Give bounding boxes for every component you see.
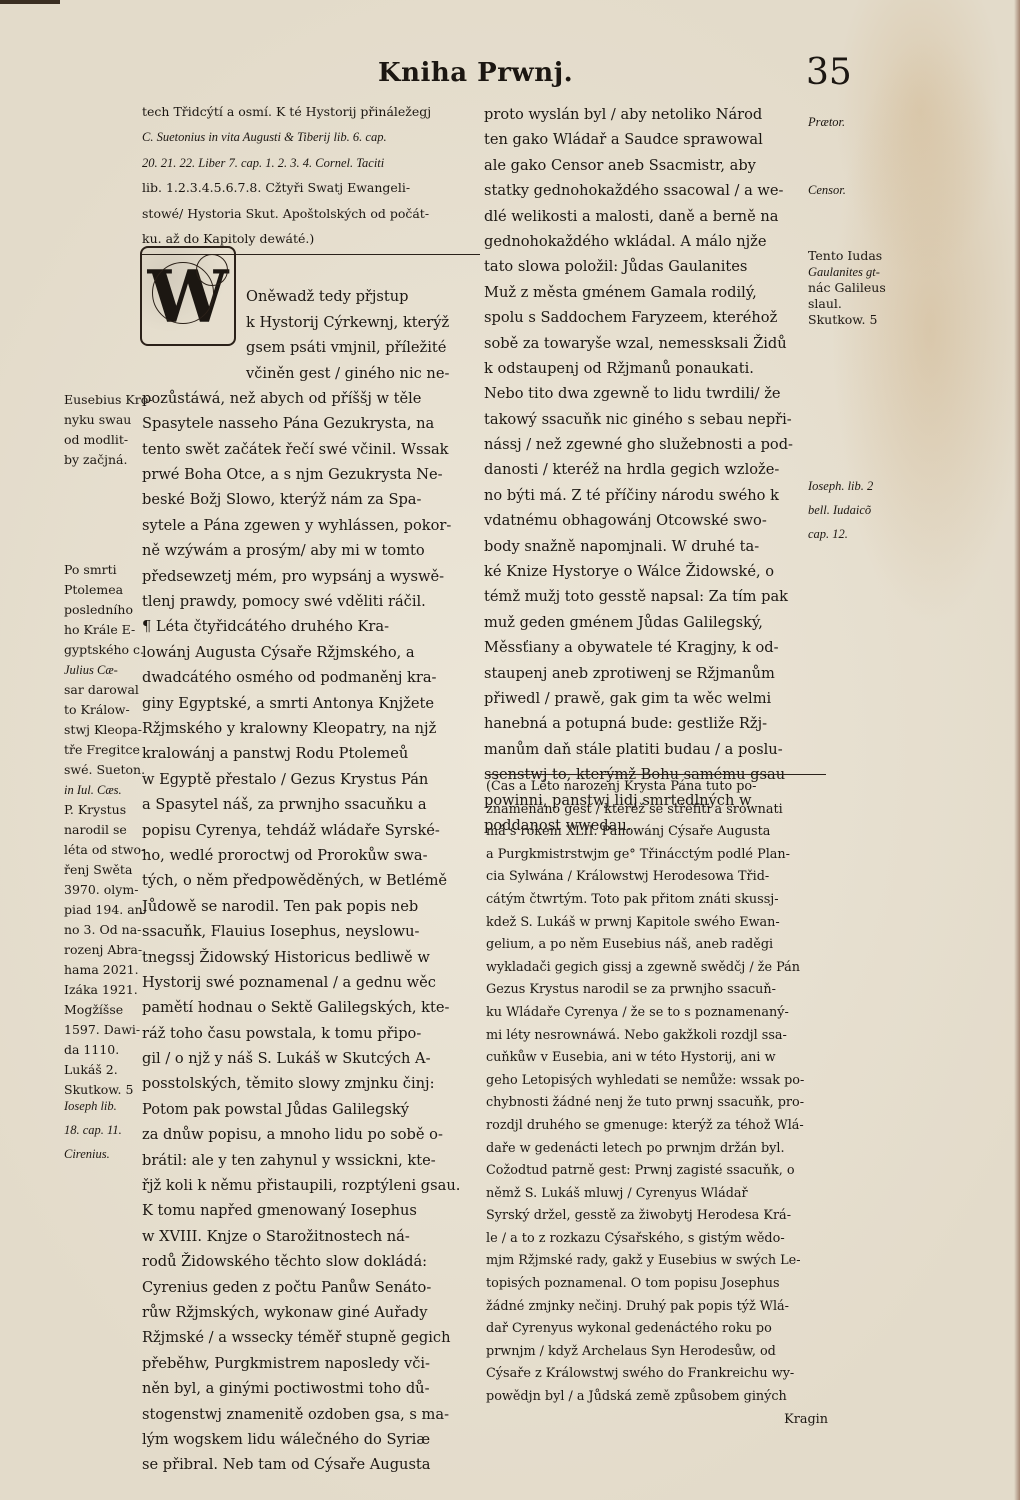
note-line: prwnjm / když Archelaus Syn Herodesůw, o… — [486, 1341, 828, 1364]
intro-line: tech Třidcýtí a osmí. K té Hystorij přin… — [142, 102, 482, 127]
body-line: gil / o njž y náš S. Lukáš w Skutcých A- — [142, 1046, 482, 1071]
body-line: Nebo tito dwa zgewně to lidu twrdili/ že — [484, 381, 824, 406]
intro-line: lib. 1.2.3.4.5.6.7.8. Cžtyři Swatj Ewang… — [142, 178, 482, 203]
body-line: Jůdowě se narodil. Ten pak popis neb — [142, 894, 482, 919]
body-line: témž mužj toto gesstě napsal: Za tím pak — [484, 584, 824, 609]
body-line: w XVIII. Knjze o Starožitnostech ná- — [142, 1224, 482, 1249]
note-line: znamenáno gest / kteréž se střefiti a sr… — [486, 799, 828, 822]
body-line: ten gako Wládař a Saudce sprawowal — [484, 127, 824, 152]
chronology-note: (Čas a Léto narozenj Krysta Pána tuto po… — [486, 776, 828, 1431]
body-line: sytele a Pána zgewen y wyhlássen, pokor- — [142, 513, 482, 538]
body-line: pamětí hodnau o Sektě Galilegských, kte- — [142, 995, 482, 1020]
body-line: gednohokaždého wkládal. A málo njže — [484, 229, 824, 254]
body-line: nássj / než zgewné gho služebnosti a pod… — [484, 432, 824, 457]
note-line: dař Cyrenyus wykonal gedenáctého roku po — [486, 1318, 828, 1341]
note-line: a Purgkmistrstwjm ge° Třinácctým podlé P… — [486, 844, 828, 867]
body-line: rodů Židowského těchto slow dokládá: — [142, 1249, 482, 1274]
note-line: Cožodtud patrně gest: Prwnj zagisté ssac… — [486, 1160, 828, 1183]
note-rule — [486, 774, 826, 775]
margin-note-left: Po smrti Ptolemea posledního ho Krále E-… — [64, 560, 142, 1100]
page-edge-right — [1014, 0, 1020, 1500]
body-line: ssacuňk, Flauius Iosephus, neyslowu- — [142, 919, 482, 944]
body-line: lým wogskem lidu wálečného do Syriæ — [142, 1427, 482, 1452]
body-line: včiněn gest / giného nic ne- — [142, 361, 482, 386]
body-line: k odstaupenj od Ržjmanů ponaukati. — [484, 356, 824, 381]
body-line: dlé welikosti a malosti, daně a berně na — [484, 204, 824, 229]
margin-note-right: Censor. — [808, 180, 898, 200]
note-line: ku Wládaře Cyrenya / že se to s poznamen… — [486, 1002, 828, 1025]
body-line: w Egyptě přestalo / Gezus Krystus Pán — [142, 767, 482, 792]
margin-note-left: Ioseph lib. 18. cap. 11. Cirenius. — [64, 1094, 142, 1166]
body-line: tato slowa položil: Jůdas Gaulanites — [484, 254, 824, 279]
body-line: Spasytele nasseho Pána Gezukrysta, na — [142, 411, 482, 436]
note-line: geho Letopisých wyhledati se nemůže: wss… — [486, 1070, 828, 1093]
intro-line: 20. 21. 22. Liber 7. cap. 1. 2. 3. 4. Co… — [142, 153, 482, 178]
body-line: pozůstáwá, než abych od příššj w těle — [142, 386, 482, 411]
note-line: mjm Ržjmské rady, gakž y Eusebius w swýc… — [486, 1250, 828, 1273]
page-number: 35 — [806, 52, 852, 93]
note-line: gelium, a po něm Eusebius náš, aneb radě… — [486, 934, 828, 957]
body-line: brátil: ale y ten zahynul y wssickni, kt… — [142, 1148, 482, 1173]
body-line: proto wyslán byl / aby netoliko Národ — [484, 102, 824, 127]
body-line: beské Božj Slowo, kterýž nám za Spa- — [142, 487, 482, 512]
body-line: statky gednohokaždého ssacowal / a we- — [484, 178, 824, 203]
body-line: popisu Cyrenya, tehdáž wládaře Syrské- — [142, 818, 482, 843]
body-line: no býti má. Z té příčiny národu swého k — [484, 483, 824, 508]
body-line: staupenj aneb zprotiwenj se Ržjmanům — [484, 661, 824, 686]
intro-line: stowé/ Hystoria Skut. Apoštolských od po… — [142, 204, 482, 229]
body-line: body snažně napomjnali. W druhé ta- — [484, 534, 824, 559]
body-line: tento swět začátek řečí swé včinil. Wssa… — [142, 437, 482, 462]
body-line: posstolských, těmito slowy zmjnku činj: — [142, 1071, 482, 1096]
note-line: Syrský držel, gesstě za žiwobytj Herodes… — [486, 1205, 828, 1228]
body-line: a Spasytel náš, za prwnjho ssacuňku a — [142, 792, 482, 817]
body-line: Muž z města gménem Gamala rodilý, — [484, 280, 824, 305]
body-line: muž geden gménem Jůdas Galilegský, — [484, 610, 824, 635]
note-line: cátým čtwrtým. Toto pak přitom znáti sku… — [486, 889, 828, 912]
right-column: proto wyslán byl / aby netoliko Národ te… — [484, 102, 824, 838]
body-line: něn byl, a ginými poctiwostmi toho dů- — [142, 1376, 482, 1401]
intro-line: C. Suetonius in vita Augusti & Tiberij l… — [142, 127, 482, 152]
body-line: spolu s Saddochem Faryzeem, kteréhož — [484, 305, 824, 330]
body-line: vdatnému obhagowánj Otcowské swo- — [484, 508, 824, 533]
body-line: ho, wedlé proroctwj od Prorokůw swa- — [142, 843, 482, 868]
body-line: předsewzetj mém, pro wypsánj a wyswě- — [142, 564, 482, 589]
body-line: růw Ržjmských, wykonaw giné Auřady — [142, 1300, 482, 1325]
ornamental-initial: W — [140, 246, 236, 346]
note-line: má s rokem XLII. Panowánj Cýsaře Augusta — [486, 821, 828, 844]
body-line: Ržjmské / a wssecky téměř stupně gegich — [142, 1325, 482, 1350]
body-line: Měssťiany a obywatele té Kragjny, k od- — [484, 635, 824, 660]
body-line: Hystorij swé poznamenal / a gednu wěc — [142, 970, 482, 995]
body-line: řjž koli k němu přistaupili, rozptýleni … — [142, 1173, 482, 1198]
body-line: se přibral. Neb tam od Cýsaře Augusta — [142, 1452, 482, 1477]
body-line: prwé Boha Otce, a s njm Gezukrysta Ne- — [142, 462, 482, 487]
body-line: přeběhw, Purgkmistrem naposledy vči- — [142, 1351, 482, 1376]
margin-note-left: Eusebius Kro- nyku swau od modlit- by za… — [64, 390, 142, 470]
note-line: wykladači gegich gissj a zgewně swědčj /… — [486, 957, 828, 980]
body-line: tlenj prawdy, pomocy swé vděliti ráčil. — [142, 589, 482, 614]
note-line: powědjn byl / a Jůdská země způsobem gin… — [486, 1386, 828, 1409]
note-line: topisých poznamenal. O tom popisu Joseph… — [486, 1273, 828, 1296]
note-line: cia Sylwána / Králowstwj Herodesowa Třid… — [486, 866, 828, 889]
note-line: cuňkůw v Eusebia, ani w této Hystorij, a… — [486, 1047, 828, 1070]
catchword: Kragin — [486, 1409, 828, 1432]
body-line: kralowánj a panstwj Rodu Ptolemeů — [142, 741, 482, 766]
page-edge-top — [0, 0, 60, 4]
note-line: chybnosti žádné nenj že tuto prwnj ssacu… — [486, 1092, 828, 1115]
margin-note-right: Tento Iudas Gaulanites gt- nác Galileus … — [808, 248, 898, 328]
body-line: přiwedl / prawě, gak gim ta wěc welmi — [484, 686, 824, 711]
note-line: mi léty nesrownáwá. Nebo gakžkoli rozdjl… — [486, 1025, 828, 1048]
body-line: tnegssj Židowský Historicus bedliwě w — [142, 945, 482, 970]
body-line: Ržjmského y kralowny Kleopatry, na njž — [142, 716, 482, 741]
body-line: ráž toho času powstala, k tomu připo- — [142, 1021, 482, 1046]
note-line: le / a to z rozkazu Cýsařského, s gistým… — [486, 1228, 828, 1251]
body-line: dwadcátého osmého od podmaněnj kra- — [142, 665, 482, 690]
body-line: ně wzýwám a prosým/ aby mi w tomto — [142, 538, 482, 563]
body-line: lowánj Augusta Cýsaře Ržjmského, a — [142, 640, 482, 665]
body-line: ké Knize Hystorye o Wálce Židowské, o — [484, 559, 824, 584]
running-head: Kniha Prwnj. — [378, 58, 573, 88]
body-line: danosti / kteréž na hrdla gegich wzlože- — [484, 457, 824, 482]
margin-note-right: Prætor. — [808, 112, 898, 132]
note-line: daře w gedenácti letech po prwnjm držán … — [486, 1138, 828, 1161]
body-line: ¶ Léta čtyřidcátého druhého Kra- — [142, 614, 482, 639]
note-line: rozdjl druhého se gmenuge: kterýž za téh… — [486, 1115, 828, 1138]
note-line: Cýsaře z Králowstwj swého do Frankreichu… — [486, 1363, 828, 1386]
body-line: giny Egyptské, a smrti Antonya Knjžete — [142, 691, 482, 716]
body-line: sobě za towaryše wzal, nemessksali Židů — [484, 331, 824, 356]
body-line: za dnůw popisu, a mnoho lidu po sobě o- — [142, 1122, 482, 1147]
body-line: Cyrenius geden z počtu Panůw Senáto- — [142, 1275, 482, 1300]
note-line: žádné zmjnky nečinj. Druhý pak popis týž… — [486, 1296, 828, 1319]
body-line: Potom pak powstal Jůdas Galilegský — [142, 1097, 482, 1122]
body-line: manům daň stále platiti budau / a poslu- — [484, 737, 824, 762]
body-line: hanebná a potupná bude: gestliže Ržj- — [484, 711, 824, 736]
body-line: stogenstwj znamenitě ozdoben gsa, s ma- — [142, 1402, 482, 1427]
body-line: takowý ssacuňk nic giného s sebau nepři- — [484, 407, 824, 432]
note-line: Gezus Krystus narodil se za prwnjho ssac… — [486, 979, 828, 1002]
note-line: němž S. Lukáš mluwj / Cyrenyus Wládař — [486, 1183, 828, 1206]
body-line: K tomu napřed gmenowaný Iosephus — [142, 1198, 482, 1223]
margin-note-right: Ioseph. lib. 2 bell. Iudaicõ cap. 12. — [808, 474, 898, 546]
body-line: tých, o něm předpowěděných, w Betlémě — [142, 868, 482, 893]
body-line: ale gako Censor aneb Ssacmistr, aby — [484, 153, 824, 178]
note-line: kdež S. Lukáš w prwnj Kapitole swého Ewa… — [486, 912, 828, 935]
note-line: (Čas a Léto narozenj Krysta Pána tuto po… — [486, 776, 828, 799]
